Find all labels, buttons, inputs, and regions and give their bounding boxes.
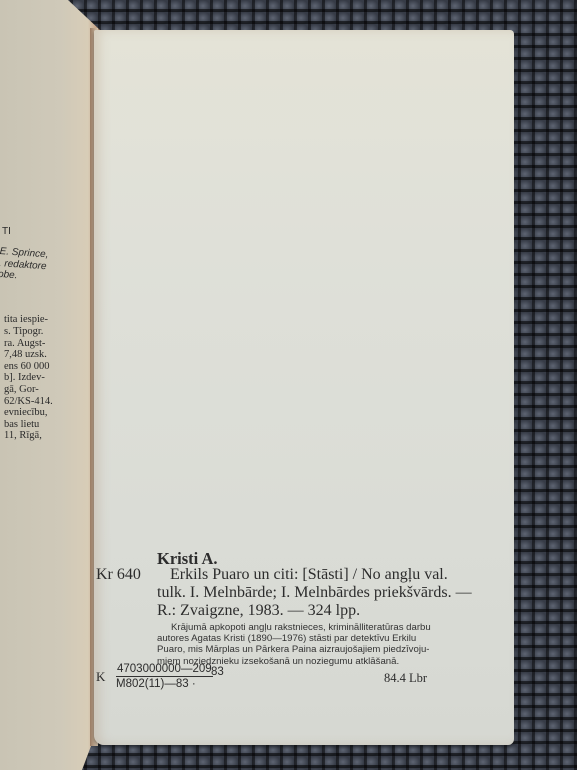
fraction-numerator: 4703000000—209 — [116, 663, 213, 677]
imprint-line: ra. Augst- — [4, 338, 96, 350]
imprint-line: ens 60 000 — [4, 361, 96, 373]
bibliographic-entry: Erkils Puaro un citi: [Stāsti] / No angļ… — [157, 566, 477, 620]
annotation: Krājumā apkopoti angļu rakstnieces, krim… — [157, 622, 477, 667]
left-imprint: tita iespie- s. Tipogr. ra. Augst- 7,48 … — [0, 314, 96, 442]
classification-code: Kr 640 — [94, 566, 141, 584]
left-credits: E. Sprince, , redaktore obe. — [0, 246, 96, 287]
entry-line: R.: Zvaigzne, 1983. — 324 lpp. — [157, 602, 477, 620]
left-heading-fragment: TI — [0, 226, 96, 238]
left-book-page: TI E. Sprince, , redaktore obe. tita ies… — [0, 0, 100, 770]
entry-line: Erkils Puaro un citi: [Stāsti] / No angļ… — [157, 566, 477, 584]
imprint-line: s. Tipogr. — [4, 326, 96, 338]
imprint-line: bas lietu — [4, 419, 96, 431]
fraction-suffix: 83 — [211, 666, 224, 678]
index-fraction: 4703000000—209 M802(11)—83 · — [116, 663, 213, 690]
annotation-line: Puaro, mis Mārplas un Pārkera Paina aizr… — [157, 644, 477, 655]
left-page-colophon: TI E. Sprince, , redaktore obe. tita ies… — [0, 226, 96, 442]
annotation-line: autores Agatas Kristi (1890—1976) stāsti… — [157, 633, 477, 644]
right-book-page: Kristi A. Kr 640 Erkils Puaro un citi: [… — [94, 30, 514, 745]
fraction-denominator: M802(11)—83 · — [116, 677, 213, 690]
imprint-line: b]. Izdev- — [4, 372, 96, 384]
imprint-line: 62/KS-414. — [4, 396, 96, 408]
imprint-line: tita iespie- — [4, 314, 96, 326]
annotation-line: Krājumā apkopoti angļu rakstnieces, krim… — [157, 622, 477, 633]
entry-line: tulk. I. Melnbārde; I. Melnbārdes priekš… — [157, 584, 477, 602]
imprint-line: 7,48 uzsk. — [4, 349, 96, 361]
imprint-line: evniecību, — [4, 407, 96, 419]
k-label: K — [94, 669, 105, 685]
price: 84.4 Lbr — [384, 671, 427, 686]
imprint-line: gā, Gor- — [4, 384, 96, 396]
imprint-line: 11, Rīgā, — [4, 430, 96, 442]
